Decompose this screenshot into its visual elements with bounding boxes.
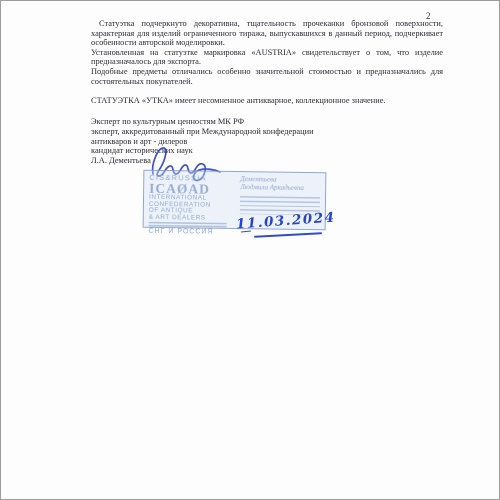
expert-org-line: антикваров и арт - дилеров — [91, 137, 443, 147]
expert-title-line: Эксперт по культурным ценностям МК РФ — [91, 117, 443, 127]
expert-name: Л.А. Дементьева — [91, 156, 443, 166]
expert-accreditation-line: эксперт, аккредитованный при Международн… — [91, 127, 443, 137]
date-underline-stroke — [254, 232, 322, 237]
stamp-org-line-4: & ART DEALERS — [149, 215, 229, 223]
paragraph-description: Статуэтка подчеркнуто декоративна, тщате… — [91, 19, 443, 48]
conclusion-statement: СТАТУЭТКА «УТКА» имеет несомненное антик… — [91, 96, 443, 106]
stamp-logo-column: CIS&RUSSIA ICAØAD INTERNATIONAL CONFEDER… — [144, 171, 233, 228]
paragraph-value: Подобные предметы отличались особенно зн… — [91, 67, 443, 86]
expert-credentials-block: Эксперт по культурным ценностям МК РФ эк… — [91, 117, 443, 166]
date-underline-stroke-short — [241, 230, 251, 232]
expert-degree-line: кандидат исторических наук — [91, 146, 443, 156]
paragraph-marking: Установленная на статуэтке маркировка «A… — [91, 48, 443, 67]
document-page: 2 Статуэтка подчеркнуто декоративна, тща… — [0, 0, 500, 500]
document-text-block: Статуэтка подчеркнуто декоративна, тщате… — [91, 19, 443, 166]
stamp-holder-given-names: Людмила Аркадьевна — [240, 183, 321, 192]
stamp-sng-rossiya-text: СНГ И РОССИЯ — [149, 228, 229, 236]
